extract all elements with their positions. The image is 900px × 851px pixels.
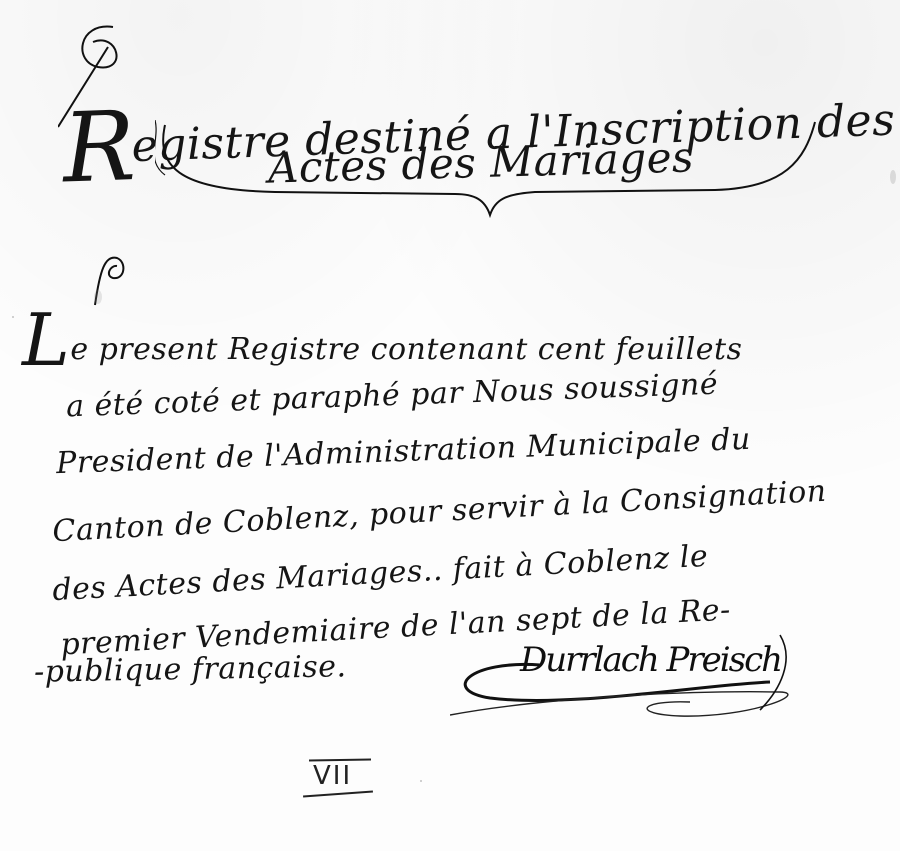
body-line-3: President de l'Administration Municipale… bbox=[56, 422, 752, 481]
body-line-7: -publique française. bbox=[34, 649, 347, 689]
body-line-1-text: e present Registre contenant cent feuill… bbox=[70, 332, 742, 367]
signature: Durrlach Preisch bbox=[450, 630, 830, 720]
numeral-bottom-rule bbox=[303, 791, 373, 798]
signature-paraph-flourish bbox=[450, 630, 830, 720]
volume-numeral: VII bbox=[303, 755, 373, 800]
title-initial-flourish bbox=[58, 22, 138, 132]
body-initial-flourish bbox=[75, 250, 135, 310]
document-page: Registre destiné a l'Inscription des Act… bbox=[0, 0, 900, 851]
title-brace-flourish bbox=[155, 120, 875, 230]
paper-speck bbox=[420, 780, 422, 782]
paper-speck bbox=[890, 170, 896, 184]
paper-speck bbox=[12, 316, 14, 318]
paper-speck bbox=[94, 290, 102, 304]
numeral-text: VII bbox=[313, 761, 352, 791]
body-line-4: Canton de Coblenz, pour servir à la Cons… bbox=[52, 474, 828, 550]
body-initial: L bbox=[22, 298, 70, 382]
